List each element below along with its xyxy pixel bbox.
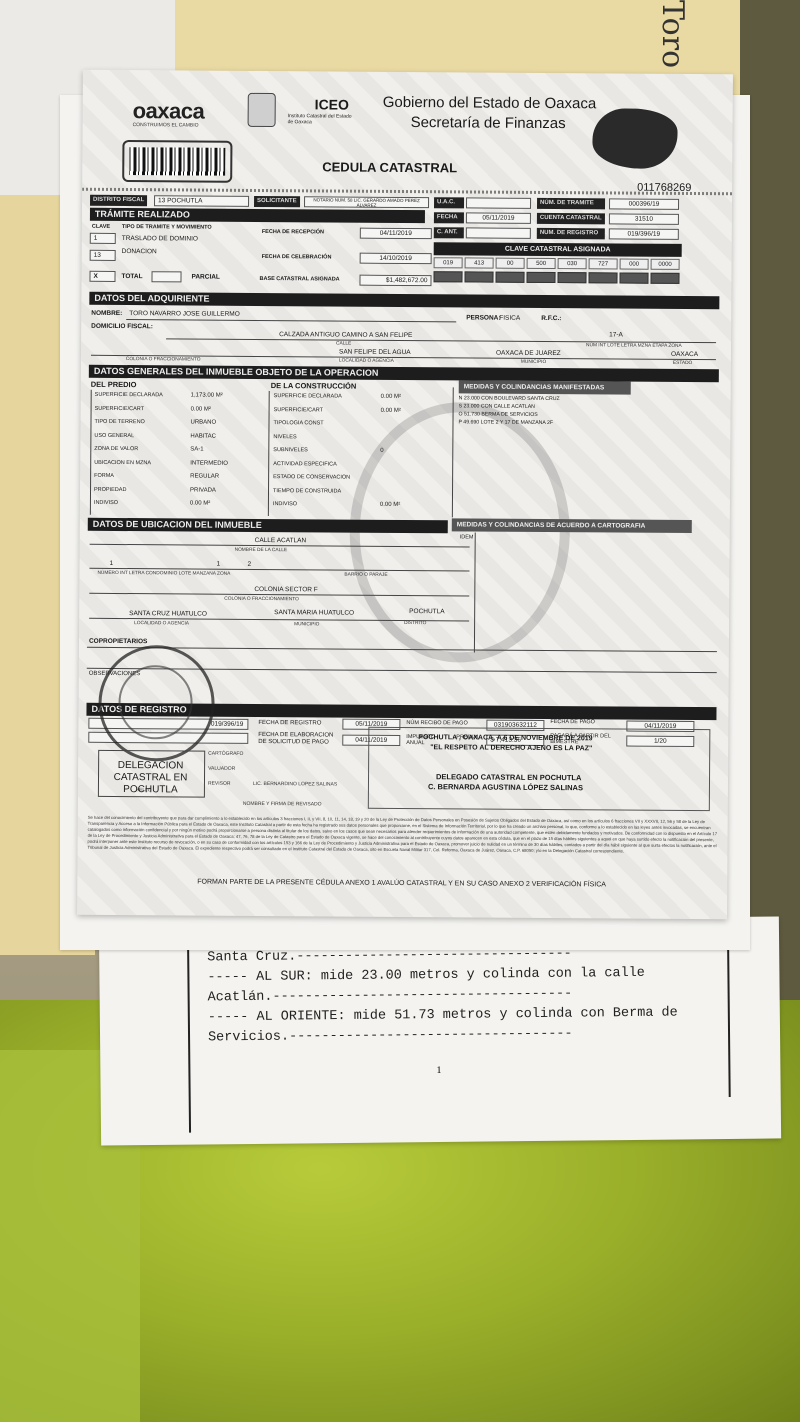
municipio-label: MUNICIPIO: [521, 360, 546, 365]
fecha-label: FECHA: [434, 212, 464, 223]
property-value: 0.00 M²: [381, 407, 401, 413]
clave-catastral-sublabel: [526, 272, 555, 283]
clave-value: 13: [90, 250, 116, 261]
adquiriente-heading: DATOS DEL ADQUIRIENTE: [89, 292, 719, 309]
clave-catastral-sublabel: [619, 272, 648, 283]
folder-handwriting: Toro: [655, 0, 690, 68]
localidad-value: SAN FELIPE DEL AGUA: [339, 349, 411, 357]
c-ant-value: [466, 227, 531, 238]
delegado-cargo: DELEGADO CATASTRAL EN POCHUTLA: [436, 772, 581, 782]
total-checkbox[interactable]: X: [89, 271, 115, 282]
fecha-pago-label: FECHA DE PAGO: [550, 719, 595, 725]
revisor-name: LIC. BERNARDINO LOPEZ SALINAS: [253, 781, 337, 788]
clave-catastral-sublabel: [588, 272, 617, 283]
ubicacion-manzana: 2: [247, 561, 251, 568]
tipo-tramite-label: TIPO DE TRAMITE Y MOVIMIENTO: [122, 224, 212, 231]
property-label: SUBNIVELES: [273, 447, 308, 453]
property-value: SA-1: [190, 447, 203, 453]
predio-heading: DEL PREDIO: [91, 380, 137, 389]
property-label: TIPOLOGIA CONST: [273, 420, 323, 426]
clave-catastral-cell: 727: [589, 258, 618, 269]
recibo-pago-label: NÚM RECIBO DE PAGO: [406, 720, 467, 726]
valuador-label: VALUADOR: [208, 766, 235, 772]
solicitante-label: SOLICITANTE: [254, 196, 300, 207]
property-label: SUPERFICIE DECLARADA: [274, 393, 342, 399]
uac-value: [466, 197, 531, 208]
ubicacion-distrito-label: DISTRITO: [404, 621, 426, 626]
parcial-label: PARCIAL: [191, 274, 219, 281]
sello-label: SELLO: [136, 788, 152, 793]
property-label: INDIVISO: [273, 501, 297, 507]
property-label: TIEMPO DE CONSTRUIDA: [273, 488, 341, 494]
property-label: SUPERFICIE/CART: [274, 407, 323, 413]
medidas-manifestadas-heading: MEDIDAS Y COLINDANCIAS MANIFESTADAS: [459, 380, 631, 394]
oaxaca-map-icon: [592, 108, 677, 169]
property-value: 0.00 M²: [381, 394, 401, 400]
fine-print-line: [82, 188, 732, 196]
revisor-label: REVISOR: [208, 781, 231, 787]
nombre-value: TORO NAVARRO JOSE GUILLERMO: [129, 310, 240, 318]
medida-item: S 23.000 CON CALLE ACATLAN: [459, 403, 535, 410]
legal-notice: Se hace del conocimiento del contribuyen…: [88, 815, 718, 855]
delegado-nombre: C. BERNARDA AGUSTINA LÓPEZ SALINAS: [428, 782, 583, 792]
clave-catastral-cell: 500: [527, 258, 556, 269]
clave-catastral-sublabel: [464, 271, 493, 282]
property-label: ZONA DE VALOR: [94, 446, 138, 452]
fecha-recepcion-value: 04/11/2019: [360, 228, 432, 240]
cartografo-label: CARTÓGRAFO: [208, 751, 243, 757]
secretariat-title: Secretaría de Finanzas: [411, 114, 566, 132]
property-value: 0.00 M²: [380, 502, 400, 508]
ubicacion-municipio: SANTA MARIA HUATULCO: [274, 609, 354, 617]
divider: [268, 391, 270, 516]
property-label: NIVELES: [273, 434, 296, 440]
medida-item: P 49.690 LOTE 2 Y 17 DE MANZANA 2F: [458, 419, 553, 426]
property-value: URBANO: [190, 420, 216, 426]
persona-value: FISICA: [499, 315, 520, 322]
base-catastral-value: $1,482,672.00: [359, 275, 431, 287]
inmueble-heading: DATOS GENERALES DEL INMUEBLE OBJETO DE L…: [89, 365, 719, 382]
medida-item: N 23.000 CON BOULEVARD SANTA CRUZ: [459, 395, 560, 402]
annex-note: FORMAN PARTE DE LA PRESENTE CÉDULA ANEXO…: [197, 879, 606, 889]
deed-line: Acatlán.--------------------------------…: [208, 987, 573, 1006]
cedula-catastral: oaxaca CONSTRUIMOS EL CAMBIO ICEO Instit…: [77, 70, 733, 920]
tipo-tramite-value: TRASLADO DE DOMINIO: [122, 235, 198, 243]
estado-value: OAXACA: [671, 351, 698, 358]
oaxaca-logo: oaxaca: [133, 98, 205, 124]
uac-label: U.A.C.: [434, 197, 464, 208]
num-tramite-value: 000396/19: [609, 198, 679, 209]
property-value: HABITAC: [190, 433, 216, 439]
property-label: USO GENERAL: [94, 432, 134, 438]
property-value: INTERMEDIO: [190, 460, 228, 466]
clave-catastral-cell: 00: [496, 258, 525, 269]
iceo-subtitle: Instituto Catastral del Estado de Oaxaca: [288, 113, 358, 125]
fecha-value: 05/11/2019: [466, 212, 531, 223]
calle-value: CALZADA ANTIGUO CAMINO A SAN FELIPE: [279, 331, 412, 339]
page-number: 1: [436, 1065, 441, 1076]
clave-catastral-heading: CLAVE CATASTRAL ASIGNADA: [434, 242, 682, 257]
barrio-label: BARRIO O PARAJE: [344, 573, 387, 578]
property-label: PROPIEDAD: [94, 486, 126, 492]
property-label: FORMA: [94, 473, 114, 479]
estado-label: ESTADO: [673, 361, 692, 366]
medida-item: O 51.730 BERMA DE SERVICIOS: [459, 411, 538, 418]
government-title: Gobierno del Estado de Oaxaca: [383, 94, 597, 112]
institute-stamp-inner: [118, 665, 193, 740]
ubicacion-num-labels: NÚMERO INT LETRA CONDOMINIO LOTE MANZANA…: [97, 571, 230, 577]
parcial-checkbox[interactable]: [151, 271, 181, 282]
fecha-recepcion-label: FECHA DE RECEPCIÓN: [262, 229, 324, 235]
clave-catastral-cell: 019: [434, 257, 463, 268]
barcode: [122, 140, 232, 183]
property-value: REGULAR: [190, 473, 219, 479]
rfc-label: R.F.C.:: [541, 315, 561, 322]
c-ant-label: C. ANT.: [434, 227, 464, 238]
distrito-fiscal-value: 13 POCHUTLA: [154, 195, 249, 207]
property-value: 0.00 M²: [190, 500, 210, 506]
ubicacion-localidad: SANTA CRUZ HUATULCO: [129, 610, 207, 618]
solicitante-value: NOTARIO NUM. 58 LIC. GERARDO AMADO PEREZ…: [304, 196, 429, 208]
ubicacion-colonia-label: COLONIA O FRACCIONAMIENTO: [224, 597, 299, 603]
ubicacion-colonia: COLONIA SECTOR F: [254, 586, 318, 593]
deed-line: Servicios.------------------------------…: [208, 1027, 573, 1046]
fecha-registro-label: FECHA DE REGISTRO: [258, 720, 321, 726]
nombre-firma-label: NOMBRE Y FIRMA DE REVISADO: [243, 801, 322, 808]
property-value: 0.00 M²: [191, 406, 211, 412]
fecha-celebracion-value: 14/10/2019: [360, 253, 432, 265]
property-value: PRIVADA: [190, 487, 216, 493]
divider: [126, 319, 456, 322]
distrito-fiscal-label: DISTRITO FISCAL: [90, 195, 147, 206]
num-registro-label: NUM. DE REGISTRO: [537, 228, 605, 239]
total-label: TOTAL: [121, 273, 142, 280]
clave-catastral-cell: 0000: [651, 259, 680, 270]
fecha-celebracion-label: FECHA DE CELEBRACIÓN: [262, 254, 332, 260]
property-value: 1,173.00 M²: [191, 393, 223, 399]
clave-catastral-cell: 030: [558, 258, 587, 269]
numero-labels: NÚM INT LOTE LETRA MZNA ETAPA ZONA: [586, 343, 682, 349]
deed-line: ----- AL SUR: mide 23.00 metros y colind…: [207, 966, 645, 986]
divider: [166, 338, 716, 343]
ubicacion-lote: 1: [216, 561, 220, 568]
calle-label: CALLE: [336, 342, 351, 347]
clave-catastral-cell: 413: [465, 257, 494, 268]
deed-page: ----- AL NORTE: mide 23.00 metros y coli…: [99, 916, 781, 1145]
clave-catastral-cell: 000: [620, 258, 649, 269]
medidas-cartografia-heading: MEDIDAS Y COLINDANCIAS DE ACUERDO A CART…: [452, 518, 692, 533]
property-label: UBICACION EN MZNA: [94, 459, 151, 465]
ubicacion-calle: CALLE ACATLAN: [255, 537, 307, 544]
lema: "EL RESPETO AL DERECHO AJENO ES LA PAZ": [430, 744, 592, 752]
property-label: ACTIVIDAD ESPECIFICA: [273, 461, 337, 467]
fecha-elaboracion-label: FECHA DE ELABORACION DE SOLICITUD DE PAG…: [258, 732, 343, 747]
domicilio-label: DOMICILIO FISCAL:: [91, 323, 153, 330]
divider: [90, 390, 92, 515]
tramite-heading: TRÁMITE REALIZADO: [90, 208, 425, 223]
document-title: CEDULA CATASTRAL: [322, 159, 457, 175]
ubicacion-calle-label: NOMBRE DE LA CALLE: [235, 548, 288, 553]
clave-catastral-sublabel: [650, 273, 679, 284]
ubicacion-municipio-label: MUNICIPIO: [294, 622, 319, 627]
deed-line: ----- AL ORIENTE: mide 51.73 metros y co…: [208, 1006, 678, 1026]
ubicacion-heading: DATOS DE UBICACION DEL INMUEBLE: [88, 518, 448, 534]
ubicacion-numero: 1: [109, 560, 113, 567]
state-seal-icon: [248, 93, 276, 127]
clave-catastral-sublabel: [433, 271, 462, 282]
cuenta-catastral-label: CUENTA CATASTRAL: [537, 213, 605, 224]
localidad-label: LOCALIDAD O AGENCIA: [339, 359, 394, 364]
nombre-label: NOMBRE:: [91, 310, 122, 317]
logo-tagline: CONSTRUIMOS EL CAMBIO: [133, 122, 199, 128]
lugar-fecha: POCHUTLA , OAXACA, A 6 DE NOVIEMBRE DE 2…: [418, 734, 592, 742]
margin-rule-right: [727, 927, 731, 1097]
ubicacion-distrito: POCHUTLA: [409, 608, 444, 615]
clave-catastral-sublabel: [495, 272, 524, 283]
copropietarios-label: COPROPIETARIOS: [89, 638, 147, 645]
medidas-cartografia-value: IDEM: [460, 534, 474, 540]
property-value: 0: [380, 448, 383, 454]
colonia-label: COLONIA O FRACCIONAMIENTO: [126, 357, 201, 363]
persona-label: PERSONA:: [466, 314, 500, 321]
municipio-value: OAXACA DE JUAREZ: [496, 350, 561, 357]
construccion-heading: DE LA CONSTRUCCIÓN: [271, 381, 357, 391]
tipo-tramite-value: DONACION: [122, 248, 157, 255]
clave-label: CLAVE: [92, 224, 110, 230]
iceo-logo: ICEO: [315, 96, 349, 112]
num-tramite-label: NÚM. DE TRAMITE: [537, 198, 605, 209]
num-registro-value: 019/396/19: [609, 228, 679, 239]
ubicacion-localidad-label: LOCALIDAD O AGENCIA: [134, 621, 189, 626]
property-label: SUPERFICIE DECLARADA: [95, 392, 163, 398]
property-label: ESTADO DE CONSERVACION: [273, 474, 350, 481]
cuenta-catastral-value: 31510: [609, 213, 679, 224]
property-label: SUPERFICIE/CART: [95, 405, 144, 411]
margin-rule-left: [187, 933, 191, 1133]
clave-value: 1: [90, 233, 116, 244]
numero-value: 17-A: [609, 331, 623, 338]
property-label: INDIVISO: [94, 500, 118, 506]
base-catastral-label: BASE CATASTRAL ASIGNADA: [259, 276, 339, 283]
property-label: TIPO DE TERRENO: [94, 419, 144, 425]
clave-catastral-sublabel: [557, 272, 586, 283]
